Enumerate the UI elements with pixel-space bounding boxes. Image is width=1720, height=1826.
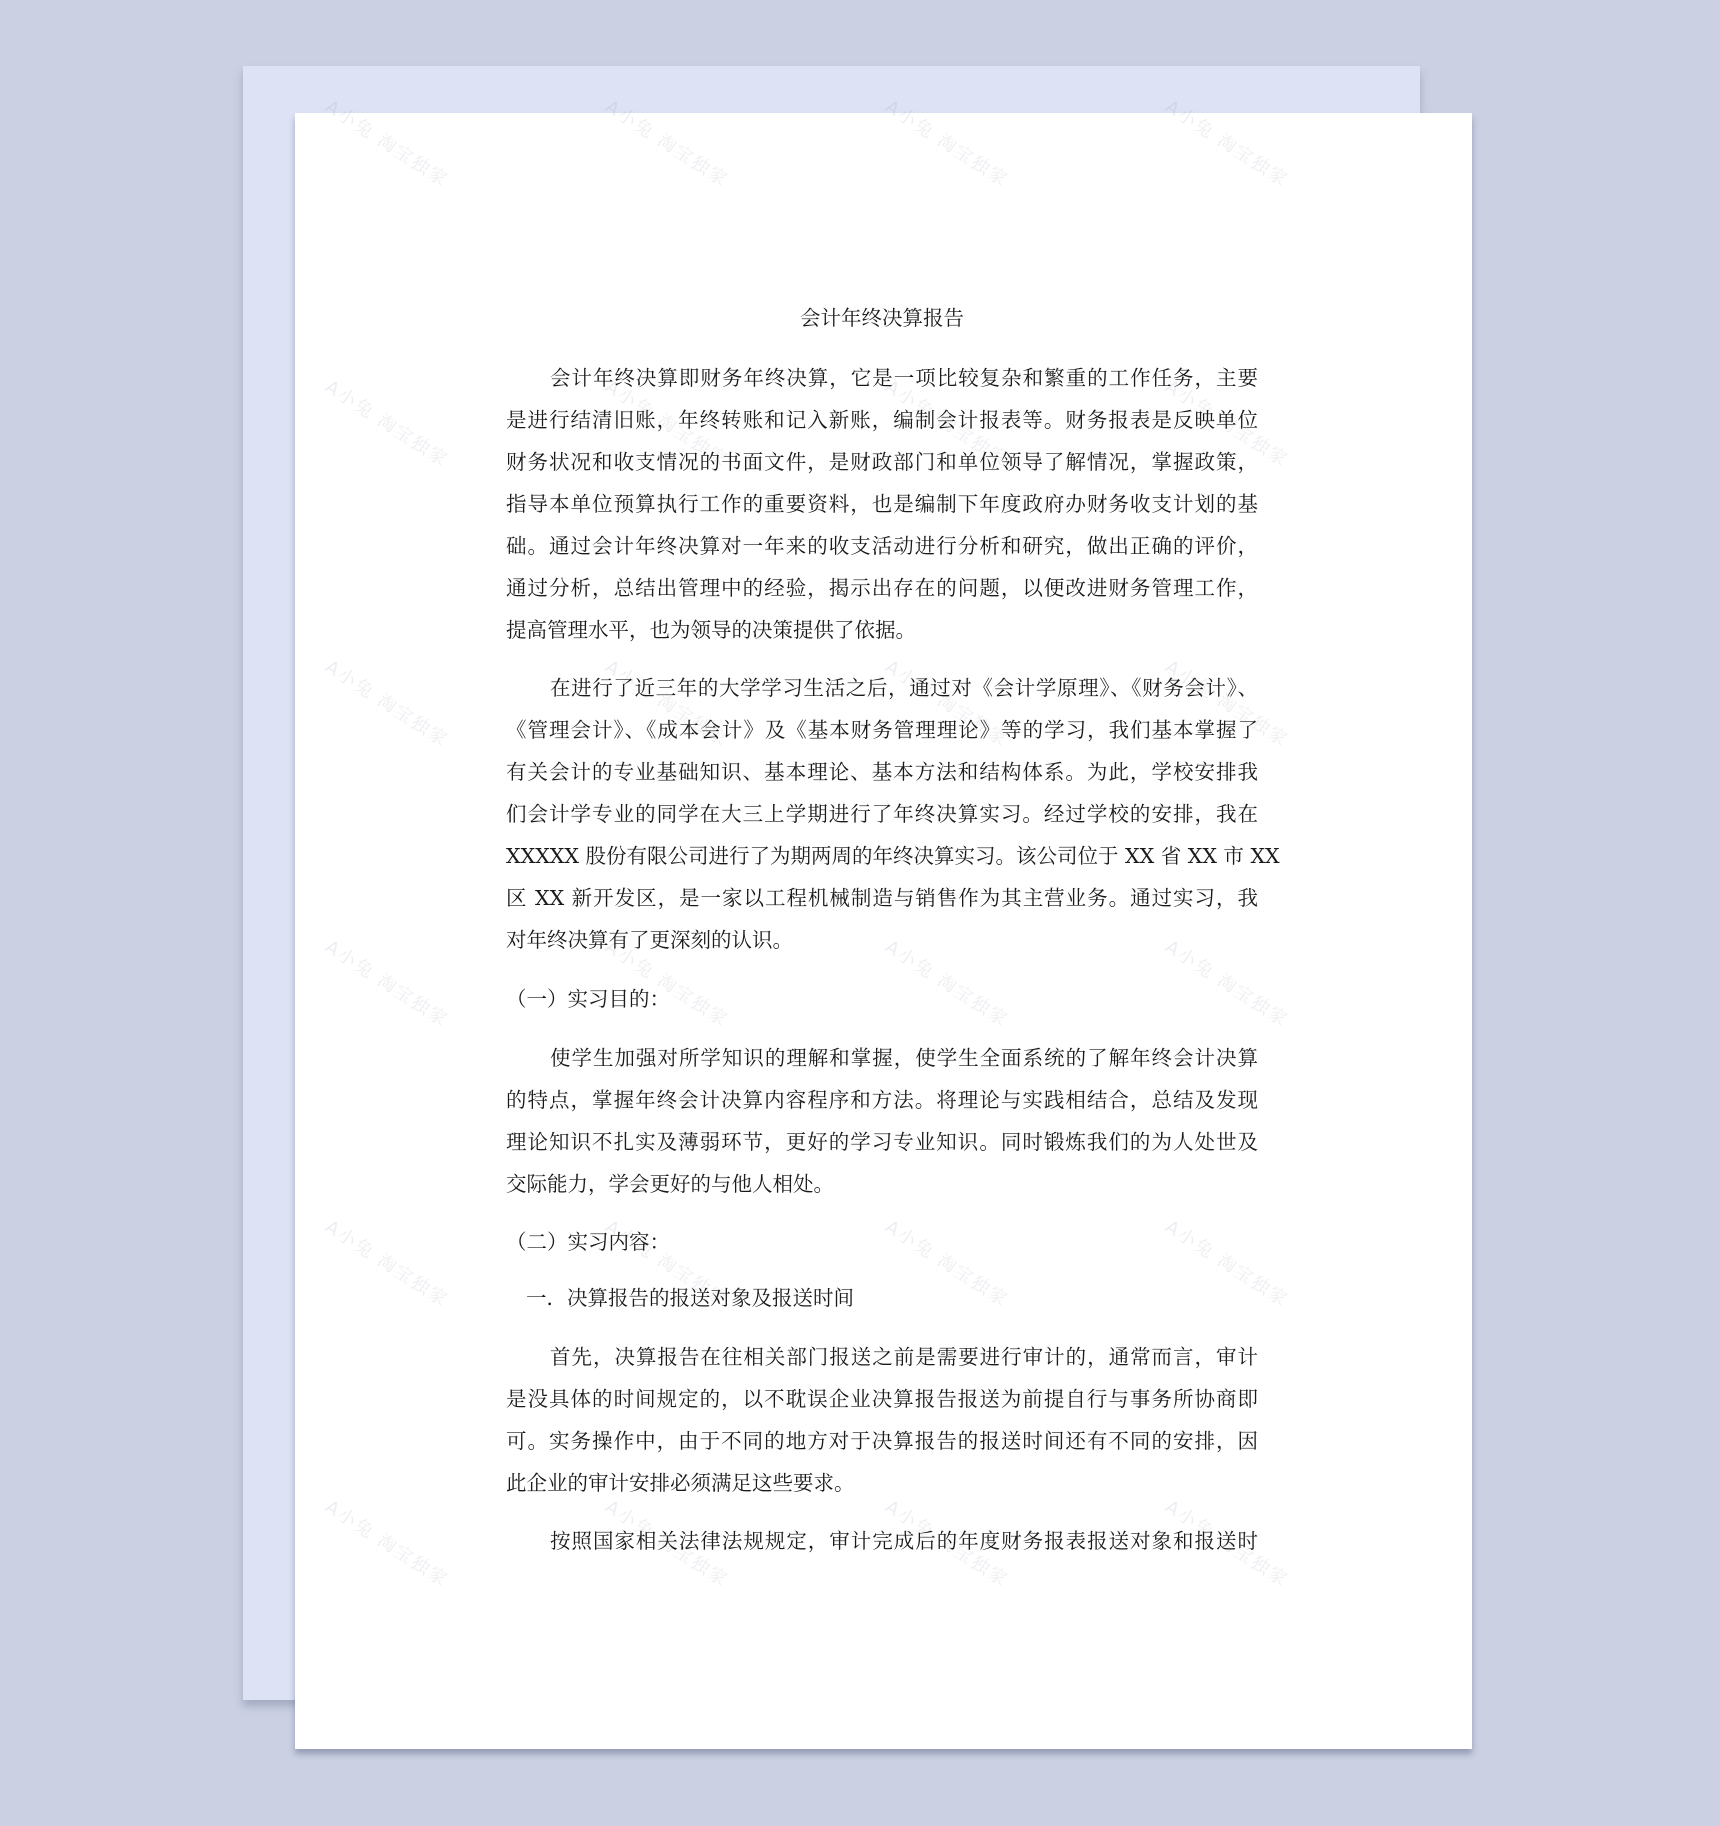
text-line: XXXXX 股份有限公司进行了为期两周的年终决算实习。该公司位于 XX 省 XX…: [506, 844, 1258, 868]
watermark-text: A小兔 淘宝独家: [321, 373, 454, 472]
text-line: 会计年终决算即财务年终决算，它是一项比较复杂和繁重的工作任务，主要: [550, 366, 1258, 390]
text-line: 首先，决算报告在往相关部门报送之前是需要进行审计的，通常而言，审计: [550, 1345, 1258, 1369]
watermark-text: A小兔 淘宝独家: [321, 653, 454, 752]
text-line: 财务状况和收支情况的书面文件，是财政部门和单位领导了解情况，掌握政策，: [506, 450, 1258, 474]
watermark-text: A小兔 淘宝独家: [321, 1213, 454, 1312]
document-title: 会计年终决算报告: [506, 306, 1258, 330]
text-line: 使学生加强对所学知识的理解和掌握，使学生全面系统的了解年终会计决算: [550, 1046, 1258, 1070]
text-line: 区 XX 新开发区，是一家以工程机械制造与销售作为其主营业务。通过实习，我: [506, 886, 1258, 910]
text-line: 提高管理水平，也为领导的决策提供了依据。: [506, 618, 1258, 642]
text-line: 理论知识不扎实及薄弱环节，更好的学习专业知识。同时锻炼我们的为人处世及: [506, 1130, 1258, 1154]
watermark-text: A小兔 淘宝独家: [321, 933, 454, 1032]
subsection-heading: 一．决算报告的报送对象及报送时间: [526, 1286, 854, 1310]
watermark-text: A小兔 淘宝独家: [321, 1493, 454, 1592]
text-line: 们会计学专业的同学在大三上学期进行了年终决算实习。经过学校的安排，我在: [506, 802, 1258, 826]
text-line: 可。实务操作中，由于不同的地方对于决算报告的报送时间还有不同的安排，因: [506, 1429, 1258, 1453]
text-line: 础。通过会计年终决算对一年来的收支活动进行分析和研究，做出正确的评价，: [506, 534, 1258, 558]
watermark-text: A小兔 淘宝独家: [1161, 1213, 1294, 1312]
text-line: 指导本单位预算执行工作的重要资料，也是编制下年度政府办财务收支计划的基: [506, 492, 1258, 516]
text-line: 的特点，掌握年终会计决算内容程序和方法。将理论与实践相结合，总结及发现: [506, 1088, 1258, 1112]
text-line: 《管理会计》、《成本会计》及《基本财务管理理论》等的学习，我们基本掌握了: [506, 718, 1258, 742]
text-line: 按照国家相关法律法规规定，审计完成后的年度财务报表报送对象和报送时: [550, 1529, 1258, 1553]
text-line: 有关会计的专业基础知识、基本理论、基本方法和结构体系。为此，学校安排我: [506, 760, 1258, 784]
text-line: 通过分析，总结出管理中的经验，揭示出存在的问题，以便改进财务管理工作，: [506, 576, 1258, 600]
text-line: 交际能力，学会更好的与他人相处。: [506, 1172, 1258, 1196]
section-heading-content: （二）实习内容：: [506, 1230, 670, 1254]
text-line: 对年终决算有了更深刻的认识。: [506, 928, 1258, 952]
text-line: 是进行结清旧账，年终转账和记入新账，编制会计报表等。财务报表是反映单位: [506, 408, 1258, 432]
watermark-text: A小兔 淘宝独家: [881, 1213, 1014, 1312]
text-line: 此企业的审计安排必须满足这些要求。: [506, 1471, 1258, 1495]
section-heading-purpose: （一）实习目的：: [506, 987, 670, 1011]
text-line: 是没具体的时间规定的，以不耽误企业决算报告报送为前提自行与事务所协商即: [506, 1387, 1258, 1411]
text-line: 在进行了近三年的大学学习生活之后，通过对《会计学原理》、《财务会计》、: [550, 676, 1258, 700]
